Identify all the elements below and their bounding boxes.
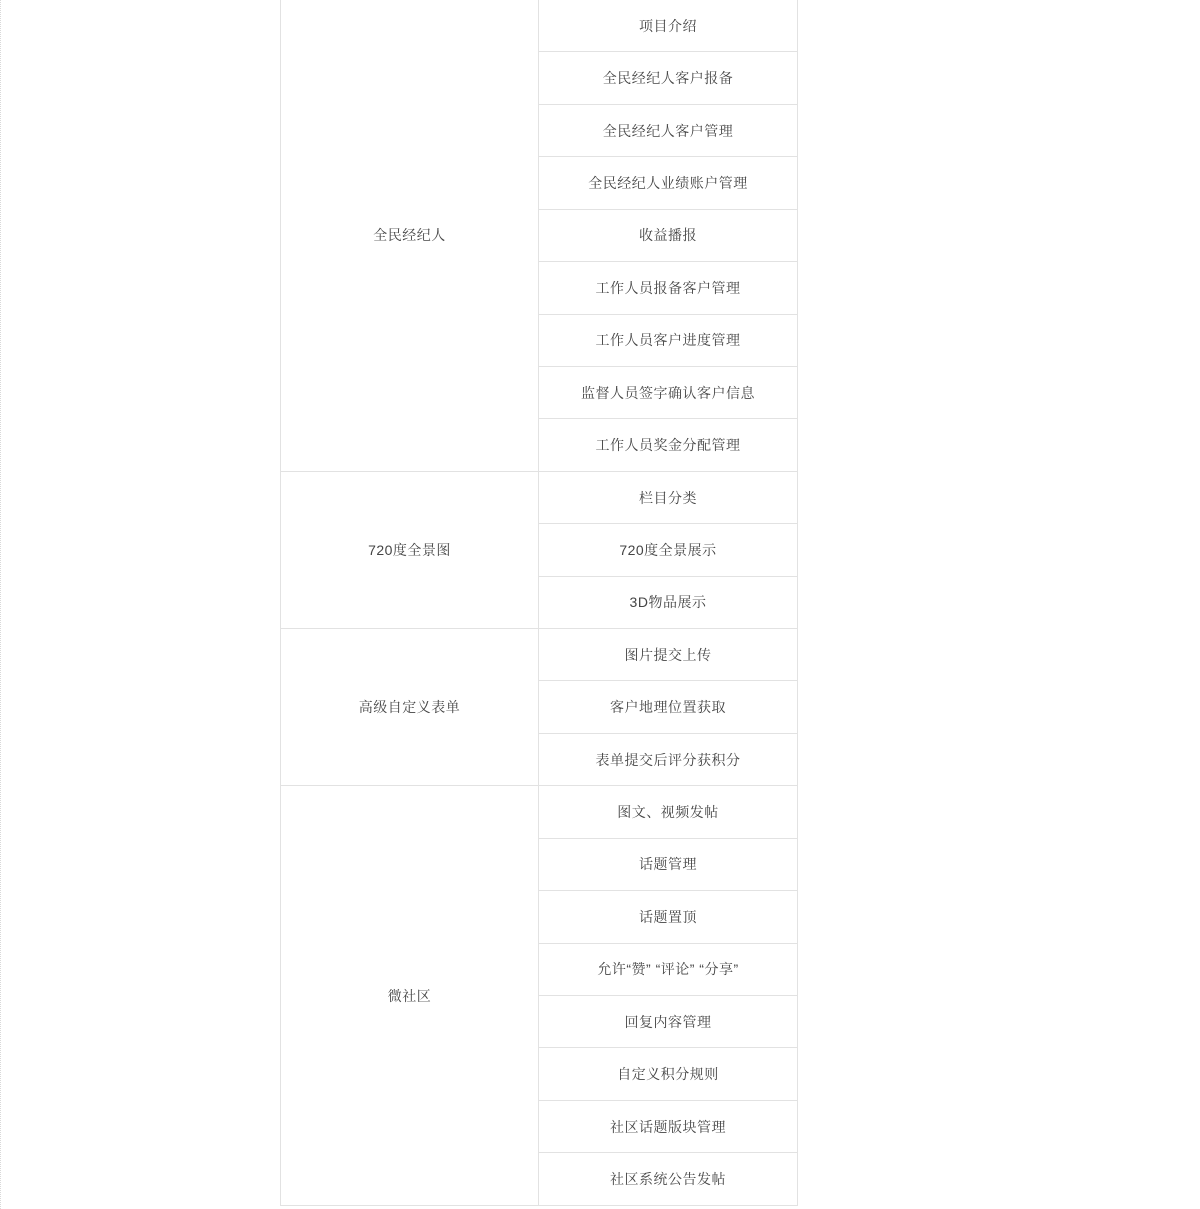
table-row: 高级自定义表单图片提交上传	[281, 629, 798, 681]
feature-cell: 全民经纪人业绩账户管理	[539, 157, 798, 209]
feature-cell: 社区话题版块管理	[539, 1100, 798, 1152]
feature-cell: 允许“赞” “评论” “分享”	[539, 943, 798, 995]
feature-cell: 工作人员奖金分配管理	[539, 419, 798, 471]
feature-cell: 话题置顶	[539, 891, 798, 943]
category-cell: 720度全景图	[281, 471, 539, 628]
feature-cell: 监督人员签字确认客户信息	[539, 366, 798, 418]
feature-cell: 栏目分类	[539, 471, 798, 523]
table-row: 微社区图文、视频发帖	[281, 786, 798, 838]
table-row: 720度全景图栏目分类	[281, 471, 798, 523]
feature-table: 全民经纪人项目介绍全民经纪人客户报备全民经纪人客户管理全民经纪人业绩账户管理收益…	[280, 0, 798, 1206]
feature-cell: 图片提交上传	[539, 629, 798, 681]
feature-cell: 项目介绍	[539, 0, 798, 52]
feature-table-body: 全民经纪人项目介绍全民经纪人客户报备全民经纪人客户管理全民经纪人业绩账户管理收益…	[281, 0, 798, 1205]
category-cell: 微社区	[281, 786, 539, 1205]
page: 全民经纪人项目介绍全民经纪人客户报备全民经纪人客户管理全民经纪人业绩账户管理收益…	[0, 0, 1200, 1209]
feature-cell: 工作人员客户进度管理	[539, 314, 798, 366]
feature-cell: 工作人员报备客户管理	[539, 262, 798, 314]
category-cell: 高级自定义表单	[281, 629, 539, 786]
feature-cell: 全民经纪人客户管理	[539, 104, 798, 156]
table-row: 全民经纪人项目介绍	[281, 0, 798, 52]
feature-cell: 社区系统公告发帖	[539, 1153, 798, 1205]
category-cell: 全民经纪人	[281, 0, 539, 471]
feature-cell: 720度全景展示	[539, 524, 798, 576]
feature-cell: 表单提交后评分获积分	[539, 733, 798, 785]
feature-cell: 收益播报	[539, 209, 798, 261]
feature-cell: 话题管理	[539, 838, 798, 890]
feature-cell: 全民经纪人客户报备	[539, 52, 798, 104]
feature-cell: 回复内容管理	[539, 996, 798, 1048]
feature-cell: 图文、视频发帖	[539, 786, 798, 838]
feature-cell: 3D物品展示	[539, 576, 798, 628]
feature-cell: 客户地理位置获取	[539, 681, 798, 733]
feature-cell: 自定义积分规则	[539, 1048, 798, 1100]
